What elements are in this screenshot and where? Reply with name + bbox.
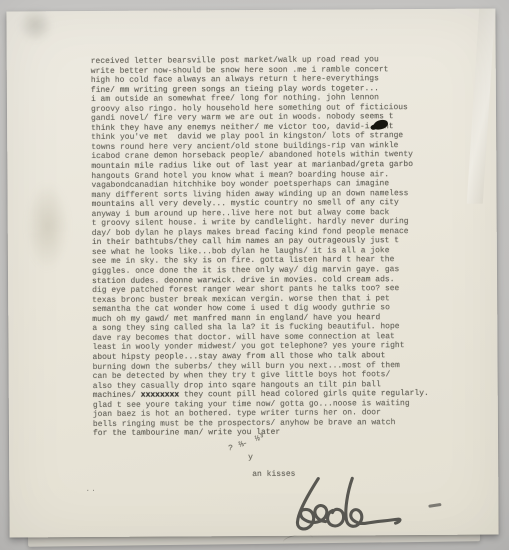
letter-photo: received letter bearsville post market/w…	[0, 0, 509, 550]
typed-overstrike-descender: y	[248, 453, 253, 462]
typed-overstrike-cluster-b: ½³	[254, 433, 265, 444]
stray-dot-mark: ..	[85, 485, 97, 494]
typed-overstrike-question: ?	[228, 444, 233, 453]
letter-paper: received letter bearsville post market/w…	[6, 9, 498, 538]
paper-smudge-left	[25, 181, 70, 271]
pen-dash-mark	[428, 503, 441, 508]
signature-bob-handwriting	[285, 474, 405, 537]
typed-overstrike-cluster-a: ⅔-	[238, 439, 248, 450]
typed-strikeout-word: xxxxxxxx	[141, 391, 179, 400]
paper-smudge-top	[18, 7, 52, 43]
letter-line: for the tambourine man/ write you later	[93, 427, 445, 439]
letter-text-block: received letter bearsville post market/w…	[91, 55, 445, 439]
paper-crease	[467, 9, 495, 204]
